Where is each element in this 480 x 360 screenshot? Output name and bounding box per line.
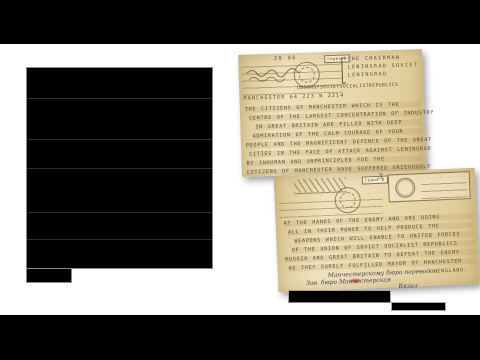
address-bracket <box>341 58 346 84</box>
redacted-row <box>27 168 212 212</box>
redacted-text-block <box>26 67 213 269</box>
receipt-ruled-lines <box>421 176 468 199</box>
telegram-photo-bottom: Серия В 3 AT THE HANDS OF THE ENEMY AND … <box>274 168 480 292</box>
redacted-row <box>27 68 212 98</box>
presentation-viewport: 28 06 Серия В THE CHAIRMAN LENINGRAD SOV… <box>0 0 480 360</box>
presentation-slide: 28 06 Серия В THE CHAIRMAN LENINGRAD SOV… <box>0 44 480 315</box>
round-seal <box>395 177 416 198</box>
postmark-inner-ring <box>339 192 356 209</box>
blue-pencil-mark: 3 <box>378 172 383 181</box>
redacted-row <box>27 239 212 268</box>
redacted-block-notch <box>26 269 72 283</box>
recipient-line: THE CHAIRMAN <box>347 55 400 63</box>
recipient-line: LENINGRAD SOVIET <box>347 62 418 70</box>
redacted-row <box>27 212 212 239</box>
telegram-photo-top: 28 06 Серия В THE CHAIRMAN LENINGRAD SOV… <box>238 49 426 177</box>
receipt-box <box>388 171 471 202</box>
postmark-inner-ring <box>299 67 315 83</box>
telegram-body: THE CITIZENS OF MANCHESTER WHICH IS THE … <box>245 99 423 176</box>
form-ruled-lines <box>279 193 384 218</box>
redacted-caption-segment <box>391 302 446 311</box>
redacted-row <box>27 98 212 139</box>
redacted-row <box>27 139 212 168</box>
series-label: Серия В <box>324 54 350 63</box>
telegram-serial: 28 06 <box>274 55 297 62</box>
series-label: Серия В <box>362 175 388 184</box>
recipient-line: LENINGRAD <box>348 71 388 78</box>
redacted-caption-segment <box>288 290 391 303</box>
